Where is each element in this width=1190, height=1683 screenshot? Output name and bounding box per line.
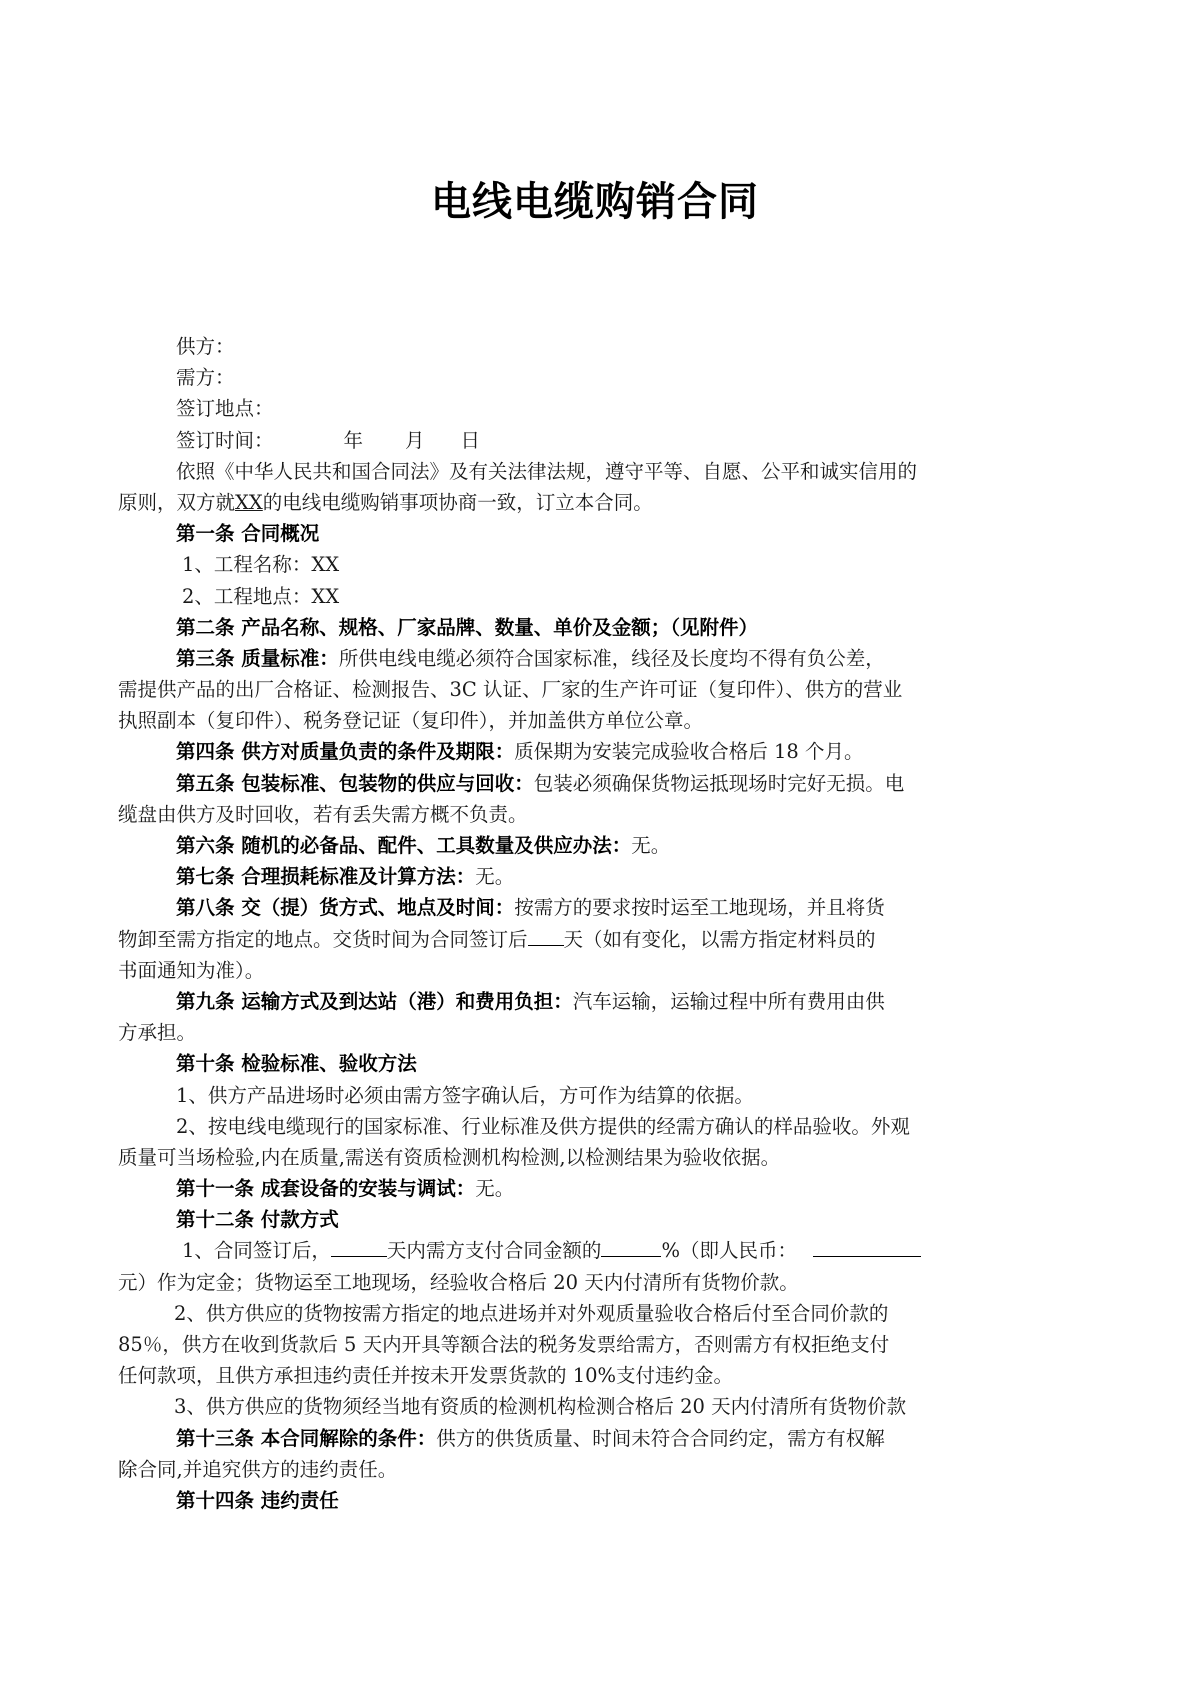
article-5-line-2: 缆盘由供方及时回收，若有丢失需方概不负责。 [118,799,1070,830]
article-12-item-2-line-3: 任何款项，且供方承担违约责任并按未开发票货款的 10%支付违约金。 [118,1360,1070,1391]
article-3-text: 所供电线电缆必须符合国家标准，线径及长度均不得有负公差， [339,647,885,670]
article-3-line-2: 需提供产品的出厂合格证、检测报告、3C 认证、厂家的生产许可证（复印件）、供方的… [118,674,1070,705]
article-5: 第五条 包装标准、包装物的供应与回收：包装必须确保货物运抵现场时完好无损。电 [118,768,1070,799]
document-body: 供方： 需方： 签订地点： 签订时间：年月日 依照《中华人民共和国合同法》及有关… [118,331,1070,1516]
article-8-text: 天（如有变化，以需方指定材料员的 [564,928,876,951]
article-11-heading: 第十一条 成套设备的安装与调试： [176,1177,475,1200]
article-12-item-1: 1、合同签订后，天内需方支付合同金额的%（即人民币： [118,1235,1070,1266]
article-12-item-3: 3、供方供应的货物须经当地有资质的检测机构检测合格后 20 天内付清所有货物价款 [118,1391,1070,1422]
preamble-line-1: 依照《中华人民共和国合同法》及有关法律法规，遵守平等、自愿、公平和诚实信用的 [118,456,1070,487]
deposit-percent-blank[interactable] [601,1237,661,1258]
month-label: 月 [405,429,425,452]
subject-placeholder: XX [235,491,263,514]
article-11-text: 无。 [475,1177,514,1200]
sign-place-field: 签订地点： [118,393,1070,424]
article-3-heading: 第三条 质量标准： [176,647,339,670]
article-1-item-1: 1、工程名称：XX [118,549,1070,580]
buyer-field: 需方： [118,362,1070,393]
article-12-text: 1、合同签订后， [182,1239,331,1262]
article-12-heading: 第十二条 付款方式 [118,1204,1070,1235]
article-9-line-2: 方承担。 [118,1017,1070,1048]
article-8-text: 按需方的要求按时运至工地现场，并且将货 [514,896,885,919]
preamble-text: 原则，双方就 [118,491,235,514]
article-6: 第六条 随机的必备品、配件、工具数量及供应办法：无。 [118,830,1070,861]
article-7: 第七条 合理损耗标准及计算方法：无。 [118,861,1070,892]
article-6-text: 无。 [631,834,670,857]
preamble-text: 的电线电缆购销事项协商一致，订立本合同。 [263,491,653,514]
delivery-days-blank[interactable] [528,925,564,946]
article-3: 第三条 质量标准：所供电线电缆必须符合国家标准，线径及长度均不得有负公差， [118,643,1070,674]
article-4-text: 质保期为安装完成验收合格后 18 个月。 [514,740,863,763]
article-1-item-2: 2、工程地点：XX [118,581,1070,612]
sign-time-label: 签订时间： [176,429,274,452]
deposit-amount-blank[interactable] [813,1237,921,1258]
article-10-item-2-line-2: 质量可当场检验,内在质量,需送有资质检测机构检测,以检测结果为验收依据。 [118,1142,1070,1173]
article-5-heading: 第五条 包装标准、包装物的供应与回收： [176,772,534,795]
sign-time-field: 签订时间：年月日 [118,425,1070,456]
article-12-text: 天内需方支付合同金额的 [387,1239,602,1262]
supplier-label: 供方： [176,335,235,358]
article-5-text: 包装必须确保货物运抵现场时完好无损。电 [534,772,905,795]
buyer-label: 需方： [176,366,235,389]
deposit-days-blank[interactable] [331,1237,387,1258]
article-7-text: 无。 [475,865,514,888]
article-10-item-2: 2、按电线电缆现行的国家标准、行业标准及供方提供的经需方确认的样品验收。外观 [118,1111,1070,1142]
article-13-line-2: 除合同,并追究供方的违约责任。 [118,1454,1070,1485]
year-label: 年 [344,429,364,452]
article-10-item-1: 1、供方产品进场时必须由需方签字确认后，方可作为结算的依据。 [118,1080,1070,1111]
article-4: 第四条 供方对质量负责的条件及期限：质保期为安装完成验收合格后 18 个月。 [118,736,1070,767]
article-10-heading: 第十条 检验标准、验收方法 [118,1048,1070,1079]
article-8-text: 物卸至需方指定的地点。交货时间为合同签订后 [118,928,528,951]
article-13: 第十三条 本合同解除的条件：供方的供货质量、时间未符合合同约定，需方有权解 [118,1423,1070,1454]
document-title: 电线电缆购销合同 [0,170,1190,227]
article-8-line-2: 物卸至需方指定的地点。交货时间为合同签订后天（如有变化，以需方指定材料员的 [118,924,1070,955]
document-page: 电线电缆购销合同 供方： 需方： 签订地点： 签订时间：年月日 依照《中华人民共… [0,0,1190,1683]
article-9-text: 汽车运输，运输过程中所有费用由供 [573,990,885,1013]
article-12-item-2: 2、供方供应的货物按需方指定的地点进场并对外观质量验收合格后付至合同价款的 [118,1298,1070,1329]
article-11: 第十一条 成套设备的安装与调试：无。 [118,1173,1070,1204]
article-1-heading: 第一条 合同概况 [118,518,1070,549]
article-13-text: 供方的供货质量、时间未符合合同约定，需方有权解 [436,1427,885,1450]
article-13-heading: 第十三条 本合同解除的条件： [176,1427,436,1450]
supplier-field: 供方： [118,331,1070,362]
article-12-item-2-line-2: 85％，供方在收到货款后 5 天内开具等额合法的税务发票给需方，否则需方有权拒绝… [118,1329,1070,1360]
article-4-heading: 第四条 供方对质量负责的条件及期限： [176,740,514,763]
article-3-line-3: 执照副本（复印件）、税务登记证（复印件），并加盖供方单位公章。 [118,705,1070,736]
article-8: 第八条 交（提）货方式、地点及时间：按需方的要求按时运至工地现场，并且将货 [118,892,1070,923]
preamble-line-2: 原则，双方就XX的电线电缆购销事项协商一致，订立本合同。 [118,487,1070,518]
day-label: 日 [461,429,481,452]
article-9-heading: 第九条 运输方式及到达站（港）和费用负担： [176,990,573,1013]
article-12-text: %（即人民币： [661,1239,797,1262]
article-2-heading: 第二条 产品名称、规格、厂家品牌、数量、单价及金额；（见附件） [118,612,1070,643]
article-8-heading: 第八条 交（提）货方式、地点及时间： [176,896,514,919]
article-9: 第九条 运输方式及到达站（港）和费用负担：汽车运输，运输过程中所有费用由供 [118,986,1070,1017]
article-6-heading: 第六条 随机的必备品、配件、工具数量及供应办法： [176,834,631,857]
sign-place-label: 签订地点： [176,397,274,420]
article-14-heading: 第十四条 违约责任 [118,1485,1070,1516]
article-8-line-3: 书面通知为准）。 [118,955,1070,986]
article-12-item-1-line-2: 元）作为定金；货物运至工地现场，经验收合格后 20 天内付清所有货物价款。 [118,1267,1070,1298]
article-7-heading: 第七条 合理损耗标准及计算方法： [176,865,475,888]
